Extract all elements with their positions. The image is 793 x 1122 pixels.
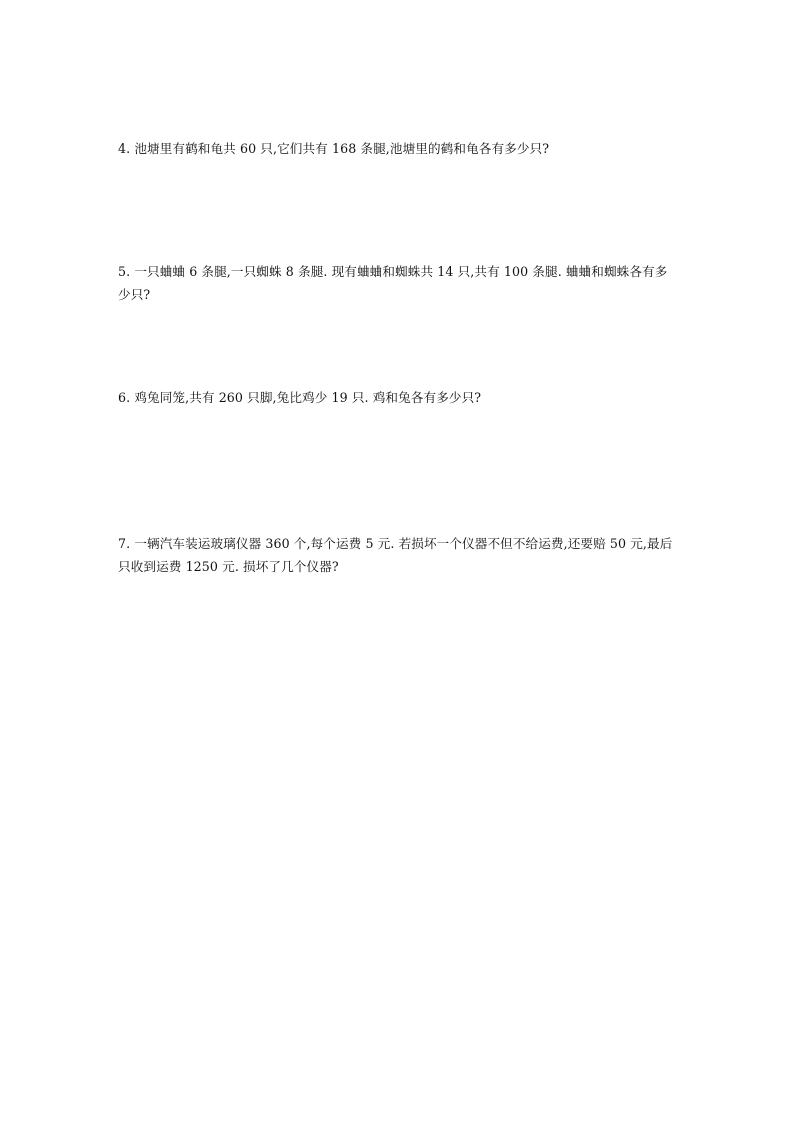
question-6: 6. 鸡兔同笼,共有 260 只脚,兔比鸡少 19 只. 鸡和兔各有多少只? [118,386,678,409]
document-page: 4. 池塘里有鹤和龟共 60 只,它们共有 168 条腿,池塘里的鹤和龟各有多少… [0,0,793,1122]
question-5: 5. 一只蛐蛐 6 条腿,一只蜘蛛 8 条腿. 现有蛐蛐和蜘蛛共 14 只,共有… [118,260,678,306]
question-4: 4. 池塘里有鹤和龟共 60 只,它们共有 168 条腿,池塘里的鹤和龟各有多少… [118,137,678,160]
question-7: 7. 一辆汽车装运玻璃仪器 360 个,每个运费 5 元. 若损坏一个仪器不但不… [118,532,678,578]
